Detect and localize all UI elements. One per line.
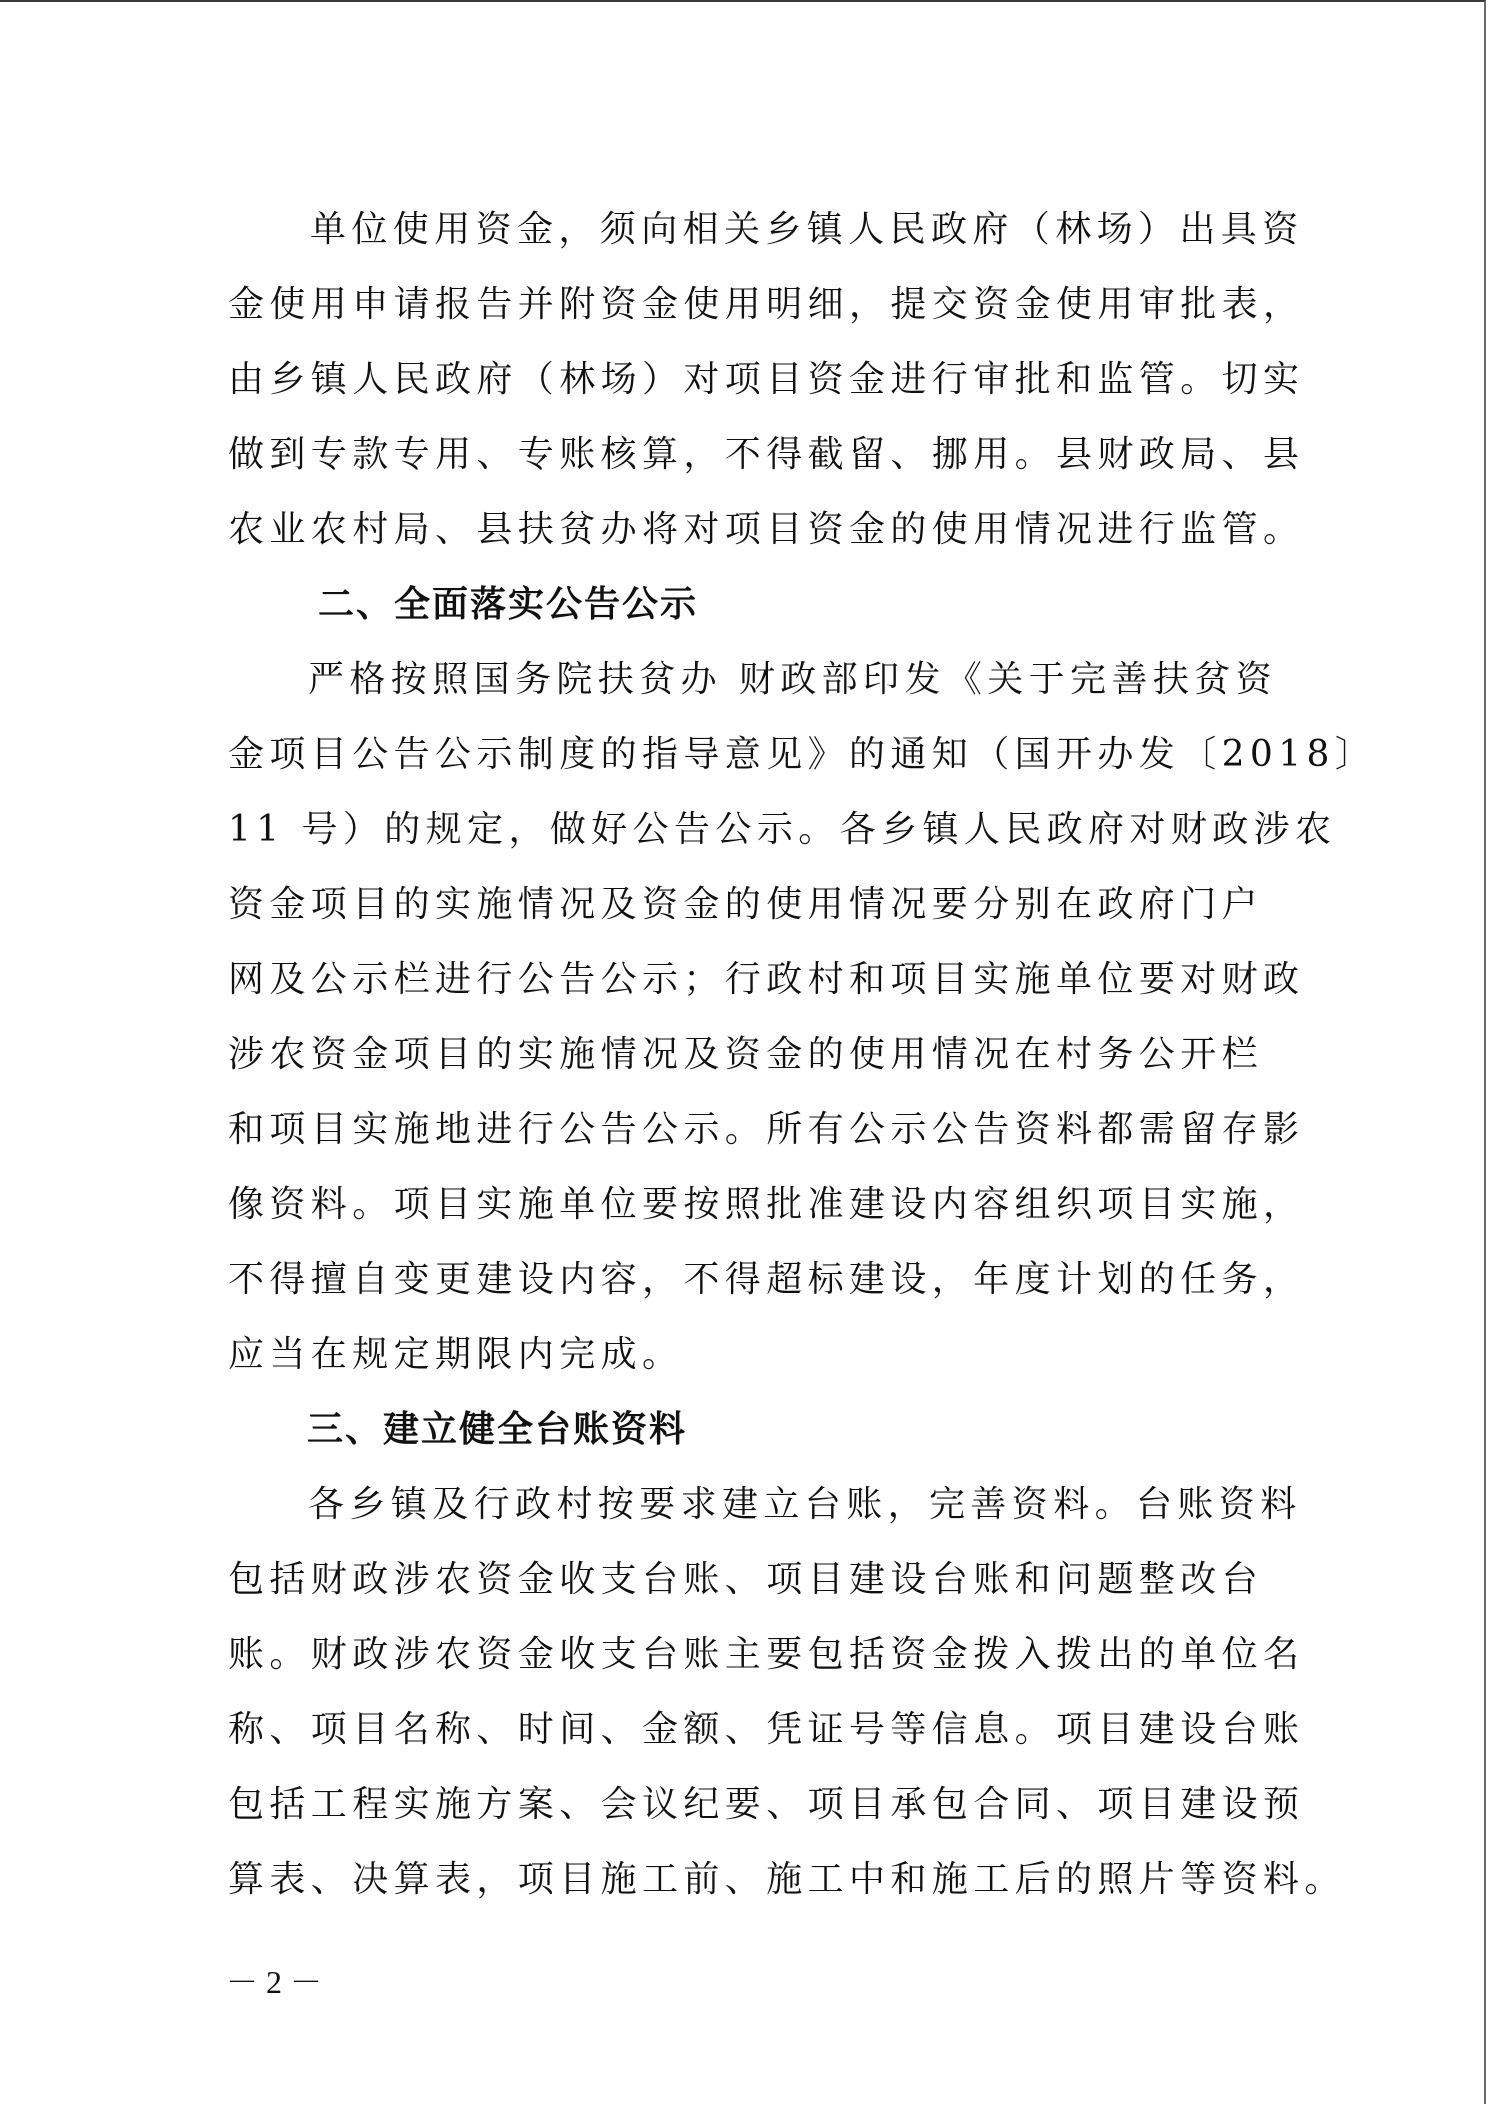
body-text-line: 资金项目的实施情况及资金的使用情况要分别在政府门户 — [228, 883, 1263, 927]
document-page: 单位使用资金，须向相关乡镇人民政府（林场）出具资金使用申请报告并附资金使用明细，… — [0, 0, 1486, 2104]
body-text-line: 网及公示栏进行公告公示；行政村和项目实施单位要对财政 — [228, 958, 1304, 1002]
body-text-line: 账。财政涉农资金收支台账主要包括资金拨入拨出的单位名 — [228, 1633, 1304, 1677]
body-text-line: 由乡镇人民政府（林场）对项目资金进行审批和监管。切实 — [228, 358, 1304, 402]
body-text-line: 单位使用资金，须向相关乡镇人民政府（林场）出具资 — [310, 208, 1304, 252]
body-text-line: 金项目公告公示制度的指导意见》的通知（国开办发〔2018〕 — [228, 733, 1376, 777]
body-text-line: 严格按照国务院扶贫办 财政部印发《关于完善扶贫资 — [308, 658, 1277, 702]
section-heading: 二、全面落实公告公示 — [318, 583, 698, 627]
body-text-line: 包括工程实施方案、会议纪要、项目承包合同、项目建设预 — [228, 1783, 1304, 1827]
body-text-line: 包括财政涉农资金收支台账、项目建设台账和问题整改台 — [228, 1558, 1263, 1602]
body-text-line: 涉农资金项目的实施情况及资金的使用情况在村务公开栏 — [228, 1033, 1263, 1077]
body-text-line: 金使用申请报告并附资金使用明细，提交资金使用审批表， — [228, 283, 1304, 327]
body-text-line: 和项目实施地进行公告公示。所有公示公告资料都需留存影 — [228, 1108, 1304, 1152]
body-text-line: 11 号）的规定，做好公告公示。各乡镇人民政府对财政涉农 — [228, 808, 1336, 852]
body-text-line: 各乡镇及行政村按要求建立台账，完善资料。台账资料 — [308, 1483, 1302, 1527]
body-text-line: 应当在规定期限内完成。 — [228, 1333, 683, 1377]
section-heading: 三、建立健全台账资料 — [307, 1408, 687, 1452]
body-text-line: 称、项目名称、时间、金额、凭证号等信息。项目建设台账 — [228, 1708, 1304, 1752]
body-text-line: 像资料。项目实施单位要按照批准建设内容组织项目实施， — [228, 1183, 1304, 1227]
page-number: － 2 － — [226, 1962, 322, 2002]
body-text-line: 农业农村局、县扶贫办将对项目资金的使用情况进行监管。 — [228, 508, 1304, 552]
body-text-line: 不得擅自变更建设内容，不得超标建设，年度计划的任务， — [228, 1258, 1304, 1302]
body-text-line: 算表、决算表，项目施工前、施工中和施工后的照片等资料。 — [228, 1858, 1346, 1902]
body-text-line: 做到专款专用、专账核算，不得截留、挪用。县财政局、县 — [228, 433, 1304, 477]
